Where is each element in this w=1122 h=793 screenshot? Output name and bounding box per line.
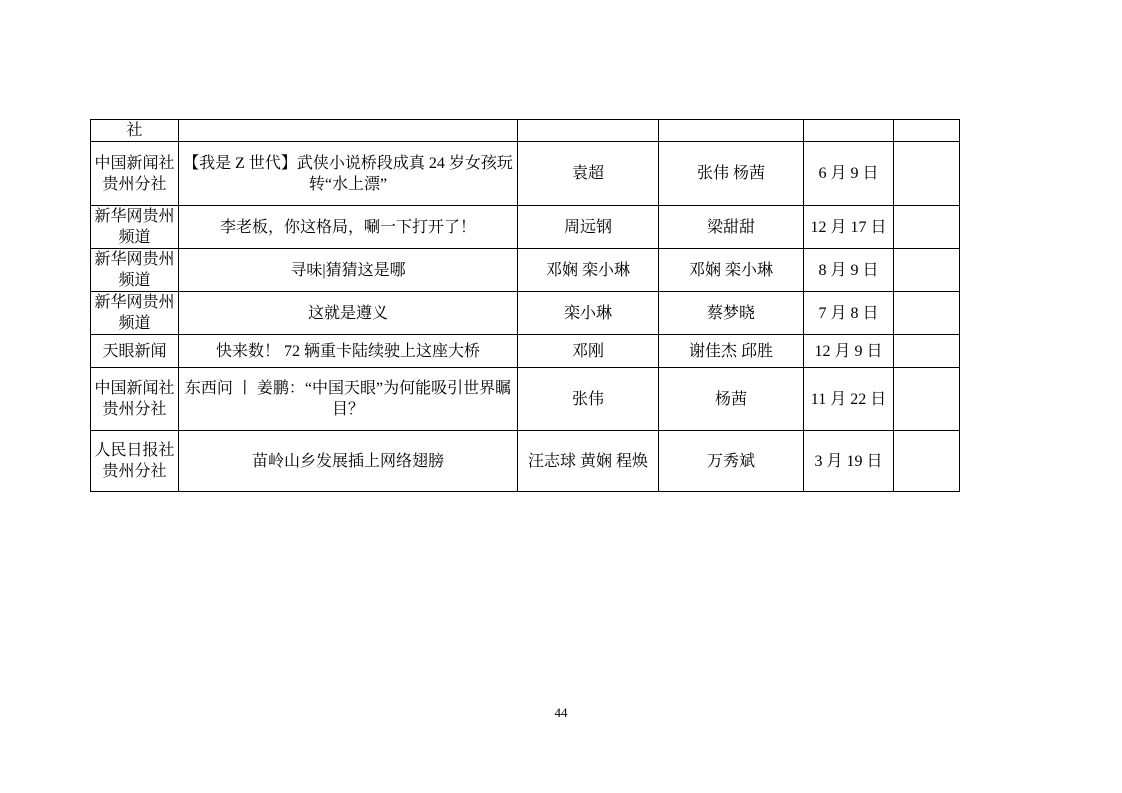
table-cell-title: 这就是遵义 <box>179 292 518 335</box>
table-cell-title: 【我是 Z 世代】武侠小说桥段成真 24 岁女孩玩转“水上漂” <box>179 142 518 206</box>
table-cell-note <box>894 335 960 368</box>
page-number: 44 <box>0 705 1122 721</box>
table-cell-date: 7 月 8 日 <box>804 292 894 335</box>
table-cell-note <box>894 120 960 142</box>
table-cell-title: 东西问 丨 姜鹏：“中国天眼”为何能吸引世界瞩目？ <box>179 368 518 431</box>
table-cell-editor: 万秀斌 <box>659 431 804 492</box>
table-cell-editor: 杨茜 <box>659 368 804 431</box>
table-row: 中国新闻社贵州分社 东西问 丨 姜鹏：“中国天眼”为何能吸引世界瞩目？ 张伟 杨… <box>91 368 960 431</box>
table-cell-note <box>894 292 960 335</box>
table-cell-date: 12 月 9 日 <box>804 335 894 368</box>
table-cell-title: 李老板，你这格局，唰一下打开了！ <box>179 206 518 249</box>
table-cell-author: 栾小琳 <box>518 292 659 335</box>
table-cell-source: 新华网贵州频道 <box>91 206 179 249</box>
table-cell-author: 邓刚 <box>518 335 659 368</box>
table-cell-source: 中国新闻社贵州分社 <box>91 142 179 206</box>
table-cell-source: 新华网贵州频道 <box>91 249 179 292</box>
table-cell-editor: 梁甜甜 <box>659 206 804 249</box>
table-cell-title <box>179 120 518 142</box>
table-cell-title: 苗岭山乡发展插上网络翅膀 <box>179 431 518 492</box>
table-row: 新华网贵州频道 这就是遵义 栾小琳 蔡梦晓 7 月 8 日 <box>91 292 960 335</box>
table-row: 人民日报社贵州分社 苗岭山乡发展插上网络翅膀 汪志球 黄娴 程焕 万秀斌 3 月… <box>91 431 960 492</box>
table-row: 社 <box>91 120 960 142</box>
table-cell-note <box>894 368 960 431</box>
table-cell-source: 天眼新闻 <box>91 335 179 368</box>
table-cell-author <box>518 120 659 142</box>
table-row: 新华网贵州频道 李老板，你这格局，唰一下打开了！ 周远钢 梁甜甜 12 月 17… <box>91 206 960 249</box>
news-report-table: 社 中国新闻社贵州分社 【我是 Z 世代】武侠小说桥段成真 24 岁女孩玩转“水… <box>90 119 960 492</box>
table-cell-source: 社 <box>91 120 179 142</box>
table-cell-author: 张伟 <box>518 368 659 431</box>
table-cell-date: 11 月 22 日 <box>804 368 894 431</box>
table-cell-editor: 蔡梦晓 <box>659 292 804 335</box>
table-cell-date: 3 月 19 日 <box>804 431 894 492</box>
table-cell-date: 6 月 9 日 <box>804 142 894 206</box>
table-cell-editor: 张伟 杨茜 <box>659 142 804 206</box>
table-cell-source: 新华网贵州频道 <box>91 292 179 335</box>
table-cell-editor: 谢佳杰 邱胜 <box>659 335 804 368</box>
table-cell-author: 袁超 <box>518 142 659 206</box>
table-cell-author: 汪志球 黄娴 程焕 <box>518 431 659 492</box>
table-row: 新华网贵州频道 寻味|猜猜这是哪 邓娴 栾小琳 邓娴 栾小琳 8 月 9 日 <box>91 249 960 292</box>
table-cell-title: 寻味|猜猜这是哪 <box>179 249 518 292</box>
table-cell-note <box>894 206 960 249</box>
table-cell-author: 周远钢 <box>518 206 659 249</box>
table-cell-note <box>894 431 960 492</box>
table-cell-note <box>894 142 960 206</box>
table-cell-title: 快来数！ 72 辆重卡陆续驶上这座大桥 <box>179 335 518 368</box>
table-cell-source: 中国新闻社贵州分社 <box>91 368 179 431</box>
table-cell-note <box>894 249 960 292</box>
table-cell-date: 12 月 17 日 <box>804 206 894 249</box>
table-cell-author: 邓娴 栾小琳 <box>518 249 659 292</box>
table-row: 中国新闻社贵州分社 【我是 Z 世代】武侠小说桥段成真 24 岁女孩玩转“水上漂… <box>91 142 960 206</box>
table-cell-editor <box>659 120 804 142</box>
table-cell-date: 8 月 9 日 <box>804 249 894 292</box>
table-cell-source: 人民日报社贵州分社 <box>91 431 179 492</box>
table-cell-date <box>804 120 894 142</box>
table-cell-editor: 邓娴 栾小琳 <box>659 249 804 292</box>
table-row: 天眼新闻 快来数！ 72 辆重卡陆续驶上这座大桥 邓刚 谢佳杰 邱胜 12 月 … <box>91 335 960 368</box>
